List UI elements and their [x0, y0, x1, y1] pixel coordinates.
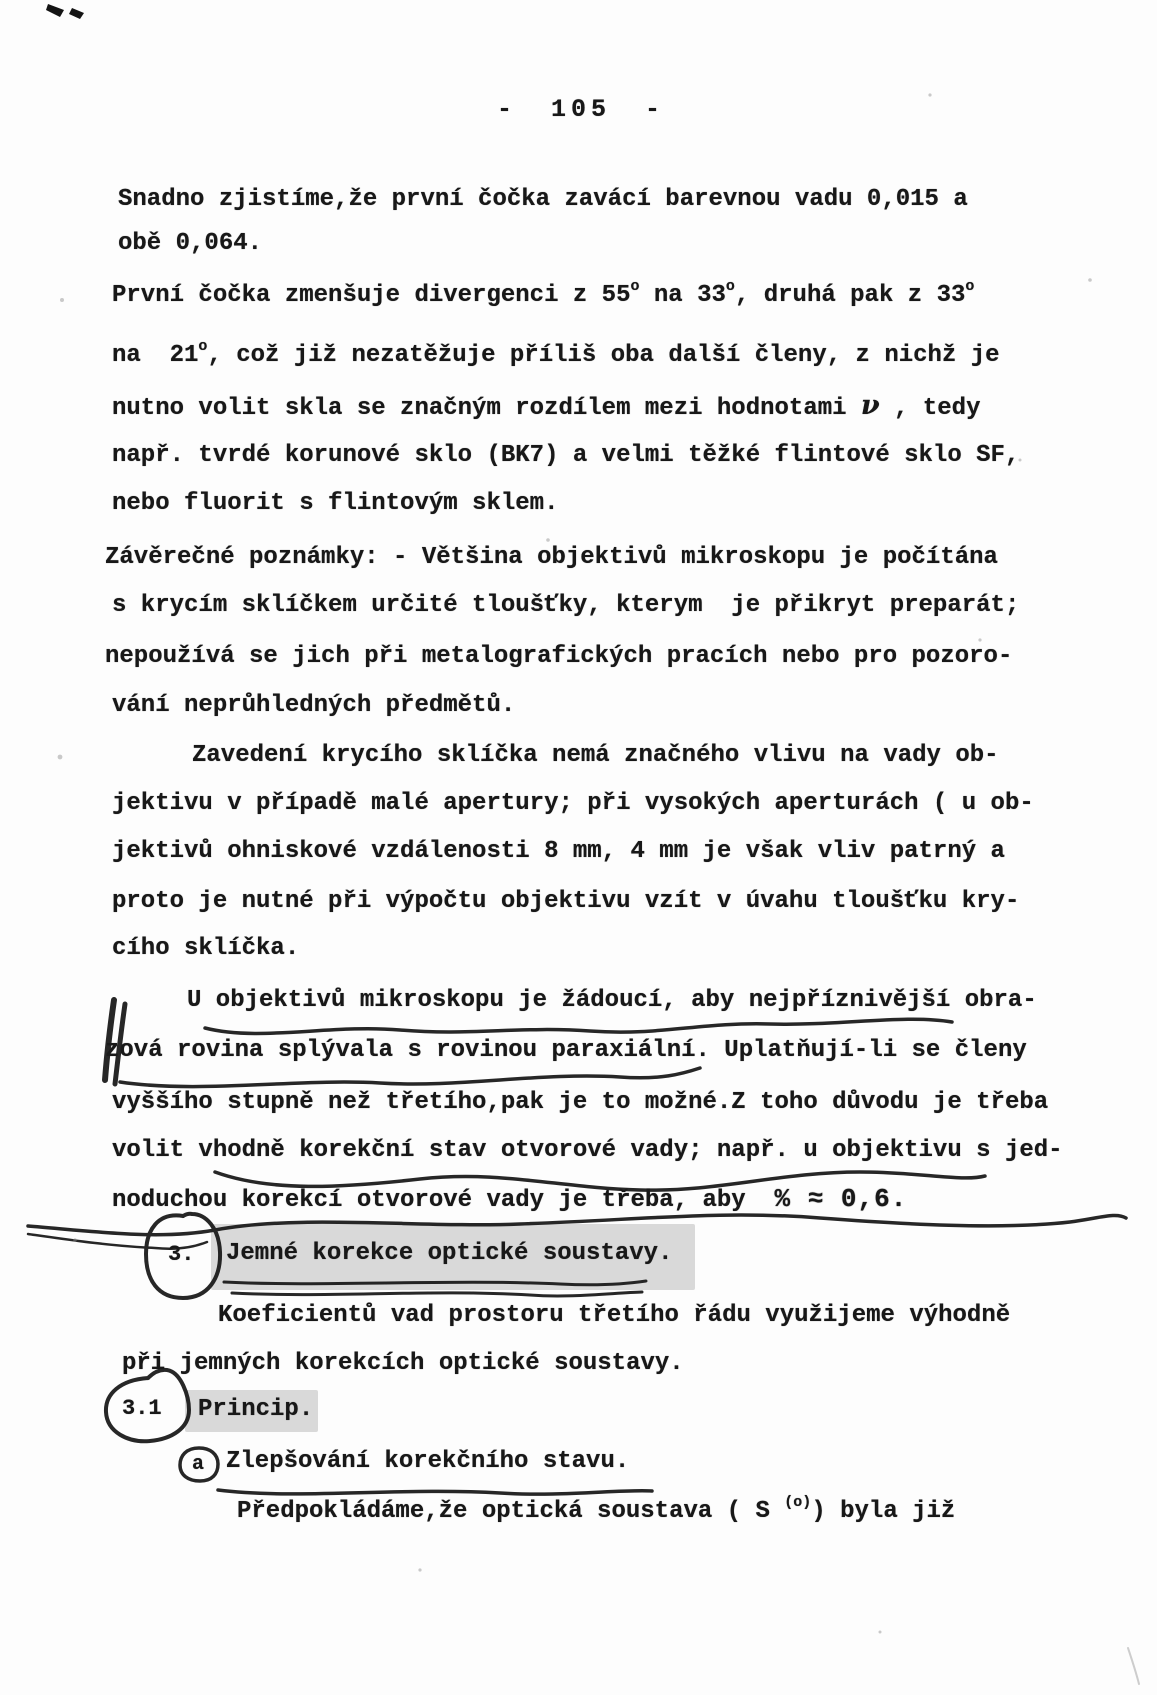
inline-symbol: o [965, 278, 974, 295]
scanned-page: - 105 - Snadno zjistíme,že první čočka z… [0, 0, 1157, 1695]
text-line: nutno volit skla se značným rozdílem mez… [112, 392, 980, 423]
text-line: zová rovina splývala s rovinou paraxiáln… [105, 1037, 1027, 1065]
text-line: s krycím sklíčkem určité tloušťky, ktery… [112, 592, 1019, 620]
text-line: vání neprůhledných předmětů. [112, 692, 515, 720]
text-line: Snadno zjistíme,že první čočka zavácí ba… [118, 186, 968, 214]
section-3-1-number: 3.1 [122, 1396, 162, 1421]
text-line: proto je nutné při výpočtu objektivu vzí… [112, 888, 1019, 916]
text-line: např. tvrdé korunové sklo (BK7) a velmi … [112, 442, 1019, 470]
bottom-right-streak [1128, 1648, 1139, 1684]
text-line: cího sklíčka. [112, 935, 299, 963]
page-number: - 105 - [497, 96, 665, 125]
text-line: jektivu v případě malé apertury; při vys… [112, 790, 1034, 818]
text-line: noduchou korekcí otvorové vady je třeba,… [112, 1185, 907, 1215]
corner-mark-2 [69, 8, 84, 19]
inline-symbol: o [726, 278, 735, 295]
inline-symbol: % ≈ 0,6. [775, 1184, 908, 1214]
item-a-title: Zlepšování korekčního stavu. [226, 1448, 629, 1476]
corner-marks [46, 4, 84, 19]
text-line: Koeficientů vad prostoru třetího řádu vy… [218, 1302, 1010, 1330]
inline-symbol: o [630, 278, 639, 295]
text-line: U objektivů mikroskopu je žádoucí, aby n… [187, 987, 1037, 1015]
corner-mark-1 [46, 4, 64, 17]
wavy-underline-rovina [120, 1068, 700, 1087]
underline-item-a [218, 1490, 652, 1494]
text-line: První čočka zmenšuje divergenci z 55o na… [112, 282, 974, 310]
item-a-letter: a [192, 1453, 204, 1476]
section-3-title: Jemné korekce optické soustavy. [226, 1240, 672, 1268]
text-line: nepoužívá se jich při metalografických p… [105, 643, 1012, 671]
text-line: na 21o, což již nezatěžuje příliš oba da… [112, 342, 1000, 370]
wavy-underline-objektivu [205, 1019, 952, 1033]
text-line: volit vhodně korekční stav otvorové vady… [112, 1137, 1063, 1165]
text-line: obě 0,064. [118, 230, 262, 258]
text-line: nebo fluorit s flintovým sklem. [112, 490, 558, 518]
text-line: Předpokládáme,že optická soustava ( S (o… [237, 1498, 955, 1526]
inline-symbol: (o) [784, 1494, 811, 1511]
inline-symbol: ν [861, 390, 880, 421]
section-3-1-title: Princip. [198, 1396, 313, 1424]
inline-symbol: o [198, 338, 207, 355]
section-3-number: 3. [168, 1242, 194, 1267]
heading-underline-scribble-2 [232, 1292, 642, 1296]
text-line: Závěrečné poznámky: - Většina objektivů … [105, 544, 998, 572]
text-line: jektivů ohniskové vzdálenosti 8 mm, 4 mm… [112, 838, 1005, 866]
text-line: Zavedení krycího sklíčka nemá značného v… [192, 742, 999, 770]
text-line: vyššího stupně než třetího,pak je to mož… [112, 1089, 1048, 1117]
text-line: při jemných korekcích optické soustavy. [122, 1350, 684, 1378]
